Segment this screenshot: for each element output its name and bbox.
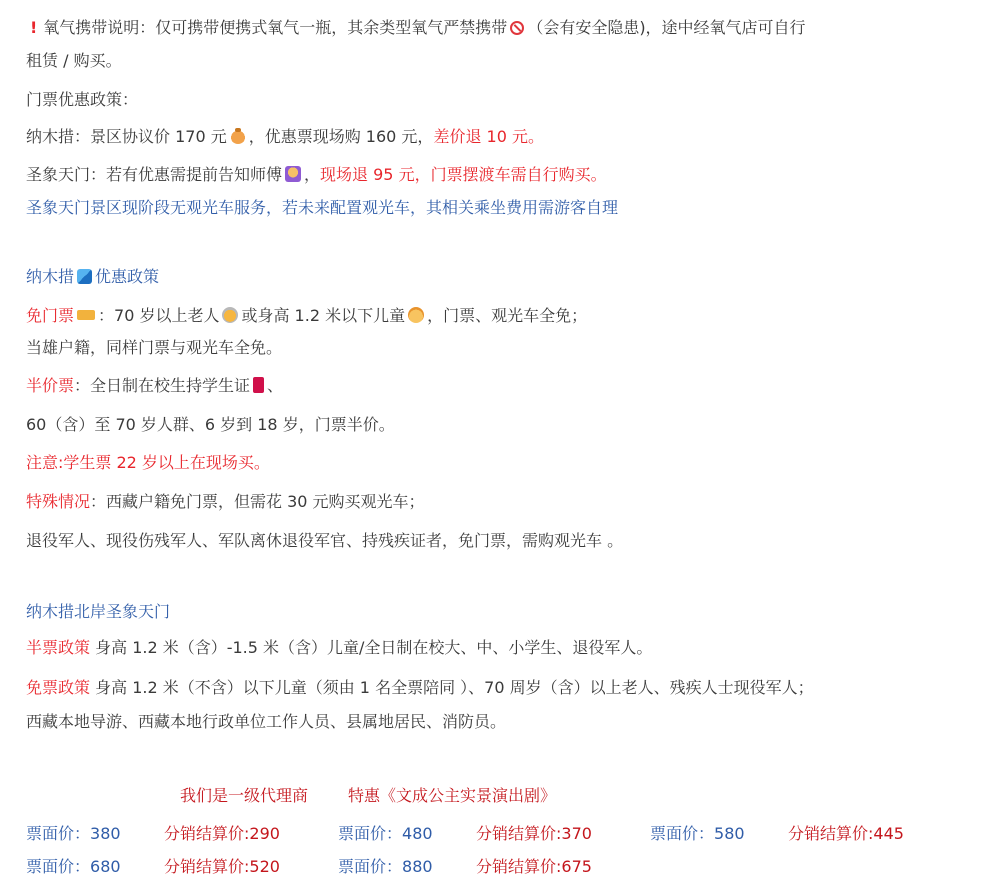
face-price: 票面价：880 (338, 856, 476, 878)
half-policy-line: 半票政策 身高 1.2 米（含）-1.5 米（含）儿童/全日制在校大、中、小学生… (26, 637, 652, 659)
show-promo-header: 我们是一级代理商特惠《文成公主实景演出剧》 (180, 785, 556, 807)
free-ticket-line: 免门票：70 岁以上老人或身高 1.2 米以下儿童，门票、观光车全免； (26, 305, 587, 327)
free-policy-line-2: 西藏本地导游、西藏本地行政单位工作人员、县属地居民、消防员。 (26, 711, 506, 733)
namucuo-policy-title: 纳木措优惠政策 (26, 266, 159, 288)
person-raising-hand-icon (285, 166, 301, 182)
old-person-icon (222, 307, 238, 323)
student-note: 注意:学生票 22 岁以上在现场买。 (26, 452, 270, 474)
ticket-icon (77, 310, 95, 320)
settle-price: 分销结算价:675 (476, 857, 592, 876)
settle-price: 分销结算价:370 (476, 823, 650, 845)
face-price: 票面价：480 (338, 823, 476, 845)
half-ticket-line-2: 60（含）至 70 岁人群、6 岁到 18 岁，门票半价。 (26, 414, 395, 436)
settle-price: 分销结算价:520 (164, 856, 338, 878)
oxygen-line-1: !氧气携带说明：仅可携带便携式氧气一瓶，其余类型氧气严禁携带（会有安全隐患)，途… (26, 17, 806, 39)
price-row-1: 票面价：380分销结算价:290票面价：480分销结算价:370票面价：580分… (26, 823, 904, 845)
namucuo-price-line: 纳木措：景区协议价 170 元，优惠票现场购 160 元，差价退 10 元。 (26, 126, 544, 148)
child-icon (408, 307, 424, 323)
special-case-line-2: 退役军人、现役伤残军人、军队离休退役军官、持残疾证者，免门票，需购观光车 。 (26, 530, 623, 552)
free-policy-line: 免票政策 身高 1.2 米（不含）以下儿童（须由 1 名全票陪同 ）、70 周岁… (26, 677, 814, 699)
special-case-line: 特殊情况：西藏户籍免门票，但需花 30 元购买观光车； (26, 491, 425, 513)
face-price: 票面价：380 (26, 823, 164, 845)
free-ticket-line-2: 当雄户籍，同样门票与观光车全免。 (26, 337, 282, 359)
half-ticket-line: 半价票：全日制在校生持学生证、 (26, 375, 283, 397)
exclamation-icon: ! (30, 17, 37, 39)
shengxiang-price-line: 圣象天门：若有优惠需提前告知师傅，现场退 95 元，门票摆渡车需自行购买。 (26, 164, 607, 186)
oxygen-line-2: 租赁 / 购买。 (26, 50, 122, 72)
no-entry-icon (510, 21, 524, 35)
face-price: 票面价：580 (650, 823, 788, 845)
closed-book-icon (253, 377, 264, 393)
settle-price: 分销结算价:290 (164, 823, 338, 845)
face-price: 票面价：680 (26, 856, 164, 878)
document-page: !氧气携带说明：仅可携带便携式氧气一瓶，其余类型氧气严禁携带（会有安全隐患)，途… (0, 0, 1000, 887)
sightseeing-notice: 圣象天门景区现阶段无观光车服务，若未来配置观光车，其相关乘坐费用需游客自理 (26, 197, 618, 219)
price-row-2: 票面价：680分销结算价:520票面价：880分销结算价:675 (26, 856, 592, 878)
ticket-policy-title: 门票优惠政策： (26, 89, 138, 111)
ice-cube-icon (77, 269, 92, 284)
shengxiang-policy-title: 纳木措北岸圣象天门 (26, 601, 170, 623)
money-bag-icon (230, 128, 246, 144)
settle-price: 分销结算价:445 (788, 824, 904, 843)
